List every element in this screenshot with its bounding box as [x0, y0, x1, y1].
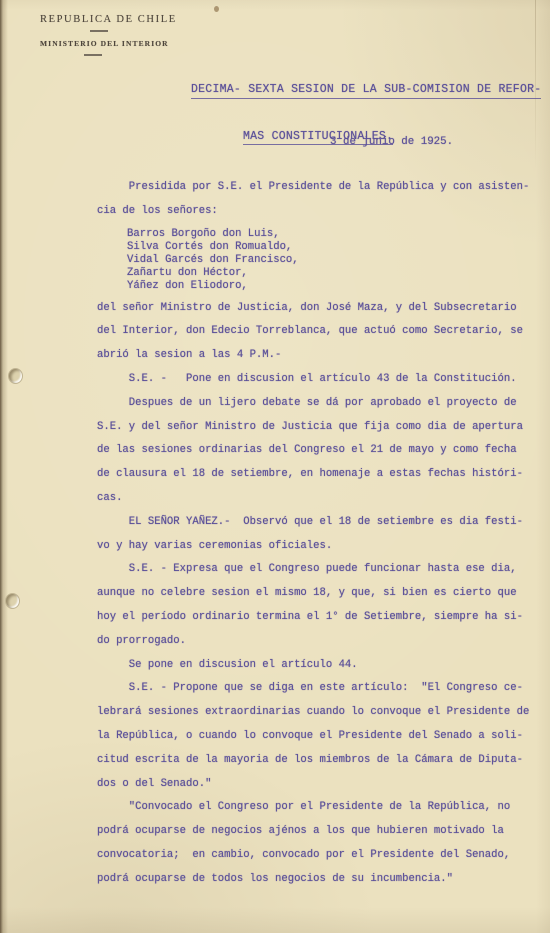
body-line: Despues de un lijero debate se dá por ap…	[97, 392, 529, 416]
body-line: de clausura el 18 de setiembre, en homen…	[97, 463, 529, 487]
body-line: Se pone en discusion el artículo 44.	[97, 654, 529, 678]
body-line: S.E. - Pone en discusion el artículo 43 …	[97, 368, 529, 392]
body-line: S.E. y del señor Ministro de Justicia qu…	[97, 416, 529, 440]
attendee-list: Barros Borgoño don Luis,Silva Cortés don…	[127, 228, 529, 294]
paper-left-edge	[0, 0, 8, 933]
attendee-line: Barros Borgoño don Luis,	[127, 228, 529, 241]
hole-punch-top	[8, 368, 23, 384]
body-line: do prorrogado.	[97, 630, 529, 654]
body-line: cas.	[97, 487, 529, 511]
body-line: vo y hay varias ceremonias oficiales.	[97, 535, 529, 559]
body-line: hoy el período ordinario termina el 1° d…	[97, 606, 529, 630]
body-line: dos o del Senado."	[97, 773, 529, 797]
typed-body: Presidida por S.E. el Presidente de la R…	[97, 176, 529, 892]
body-line: del señor Ministro de Justicia, don José…	[97, 297, 529, 321]
session-date: 3 de junio de 1925.	[330, 136, 453, 148]
hole-punch-bottom	[5, 593, 20, 609]
letterhead-rule-top	[90, 30, 108, 32]
attendee-line: Zañartu don Héctor,	[127, 267, 529, 280]
body-line: de las sesiones ordinarias del Congreso …	[97, 439, 529, 463]
attendee-line: Silva Cortés don Romualdo,	[127, 241, 529, 254]
ink-stain	[214, 6, 219, 12]
body-line: abrió la sesion a las 4 P.M.-	[97, 344, 529, 368]
body-line: convocatoria; en cambio, convocado por e…	[97, 844, 529, 868]
body-line: la República, o cuando lo convoque el Pr…	[97, 725, 529, 749]
body-line: aunque no celebre sesion el mismo 18, y …	[97, 582, 529, 606]
body-line: cia de los señores:	[97, 200, 529, 224]
letterhead-country: REPUBLICA DE CHILE	[40, 14, 177, 25]
body-line: Presidida por S.E. el Presidente de la R…	[97, 176, 529, 200]
body-line: "Convocado el Congreso por el Presidente…	[97, 796, 529, 820]
body-line: citud escrita de la mayoria de los miemb…	[97, 749, 529, 773]
body-line: lebrará sesiones extraordinarias cuando …	[97, 701, 529, 725]
attendee-line: Vidal Garcés don Francisco,	[127, 254, 529, 267]
session-title-line1: DECIMA- SEXTA SESION DE LA SUB-COMISION …	[191, 83, 541, 99]
letterhead-rule-bottom	[84, 54, 102, 56]
body-line: S.E. - Expresa que el Congreso puede fun…	[97, 558, 529, 582]
attendee-line: Yáñez don Eliodoro,	[127, 280, 529, 293]
letterhead: REPUBLICA DE CHILE MINISTERIO DEL INTERI…	[40, 14, 177, 56]
body-line: podrá ocuparse de todos los negocios de …	[97, 868, 529, 892]
body-line: S.E. - Propone que se diga en este artíc…	[97, 677, 529, 701]
document-page: REPUBLICA DE CHILE MINISTERIO DEL INTERI…	[0, 0, 550, 933]
body-line: podrá ocuparse de negocios ajénos a los …	[97, 820, 529, 844]
letterhead-ministry: MINISTERIO DEL INTERIOR	[40, 39, 177, 48]
body-line: EL SEÑOR YAÑEZ.- Observó que el 18 de se…	[97, 511, 529, 535]
body-line: del Interior, don Edecio Torreblanca, qu…	[97, 320, 529, 344]
session-title: DECIMA- SEXTA SESION DE LA SUB-COMISION …	[191, 57, 541, 171]
